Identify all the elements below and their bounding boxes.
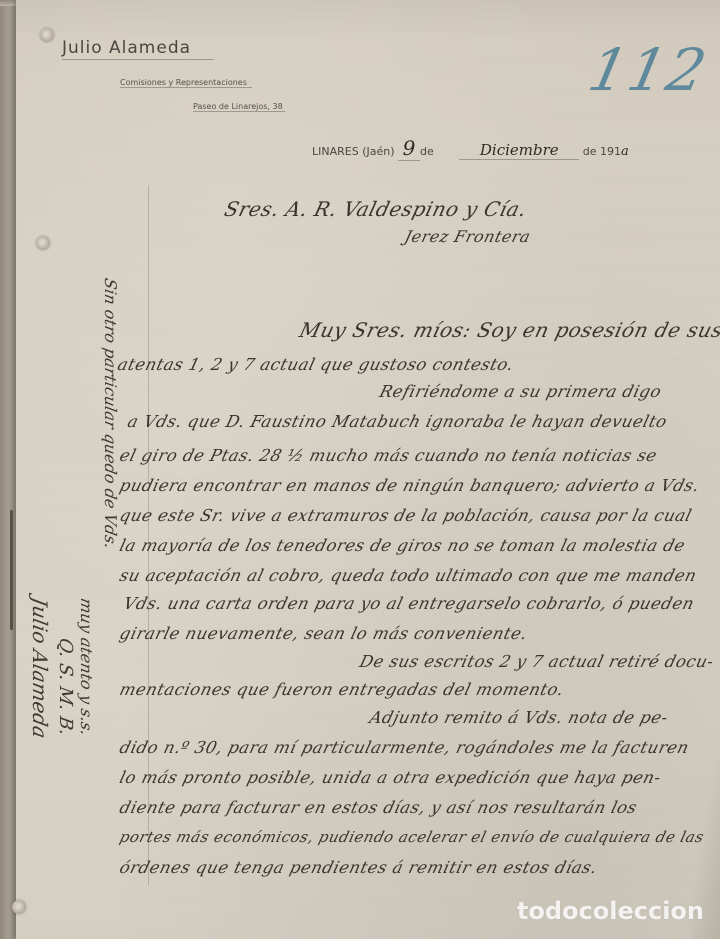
dateline: LINARES (Jaén) 9de Diciembre de 191a xyxy=(312,136,629,161)
body-line: Refiriéndome a su primera digo xyxy=(378,382,664,401)
date-year-printed: 191 xyxy=(600,145,621,158)
body-line: Adjunto remito á Vds. nota de pe- xyxy=(368,708,671,727)
folio-number: 112 xyxy=(583,36,714,104)
letterhead-name: Julio Alameda xyxy=(62,38,214,60)
binding-hole-top xyxy=(40,28,54,42)
watermark-logo: todocoleccion xyxy=(517,897,704,925)
date-year-handwritten: a xyxy=(621,144,629,159)
body-line: portes más económicos, pudiendo acelerar… xyxy=(118,828,706,846)
addressee-line-1: Sres. A. R. Valdespino y Cía. xyxy=(222,197,529,221)
margin-closing-line-2: muy atento y s.s. xyxy=(77,597,96,738)
body-line: órdenes que tenga pendientes á remitir e… xyxy=(118,858,600,877)
date-de-1: de xyxy=(420,145,434,158)
date-month: Diciembre xyxy=(459,141,579,160)
body-line: que este Sr. vive a extramuros de la pob… xyxy=(118,506,694,525)
margin-closing-line-3: Q. S. M. B. xyxy=(55,636,76,737)
addressee-line-2: Jerez Frontera xyxy=(403,227,533,246)
letterhead-address: Paseo de Linarejos, 38 xyxy=(193,102,285,112)
body-line: lo más pronto posible, unida a otra expe… xyxy=(118,768,664,787)
body-line: la mayoría de los tenedores de giros no … xyxy=(118,536,688,555)
date-de-2: de xyxy=(583,145,597,158)
salutation: Muy Sres. míos: Soy en posesión de sus xyxy=(297,318,720,342)
body-line: De sus escritos 2 y 7 actual retiré docu… xyxy=(358,652,716,671)
body-line: Vds. una carta orden para yo al entregar… xyxy=(122,594,697,613)
document-photo: Julio Alameda Comisiones y Representacio… xyxy=(0,0,720,939)
body-line: su aceptación al cobro, queda todo ultim… xyxy=(118,566,699,585)
body-line: mentaciones que fueron entregadas del mo… xyxy=(118,680,566,699)
letterhead-subtitle: Comisiones y Representaciones xyxy=(120,78,252,88)
body-line: diente para facturar en estos días, y as… xyxy=(118,798,639,817)
binding-hole-middle xyxy=(36,236,50,250)
body-line: girarle nuevamente, sean lo más convenie… xyxy=(118,624,530,643)
date-day: 9 xyxy=(398,136,420,161)
date-place: LINARES (Jaén) xyxy=(312,145,395,158)
margin-signature: Julio Alameda xyxy=(28,596,52,741)
body-line: dido n.º 30, para mí particularmente, ro… xyxy=(118,738,692,757)
margin-closing-line-1: Sin otro particular quedo de Vds. xyxy=(101,277,120,551)
signature-flourish xyxy=(10,510,13,630)
body-line: a Vds. que D. Faustino Matabuch ignoraba… xyxy=(126,412,670,431)
body-line: pudiera encontrar en manos de ningún ban… xyxy=(118,476,702,495)
body-line: el giro de Ptas. 28 ½ mucho más cuando n… xyxy=(118,446,660,465)
binding-hole-bottom xyxy=(12,900,26,914)
body-line: atentas 1, 2 y 7 actual que gustoso cont… xyxy=(116,355,516,374)
